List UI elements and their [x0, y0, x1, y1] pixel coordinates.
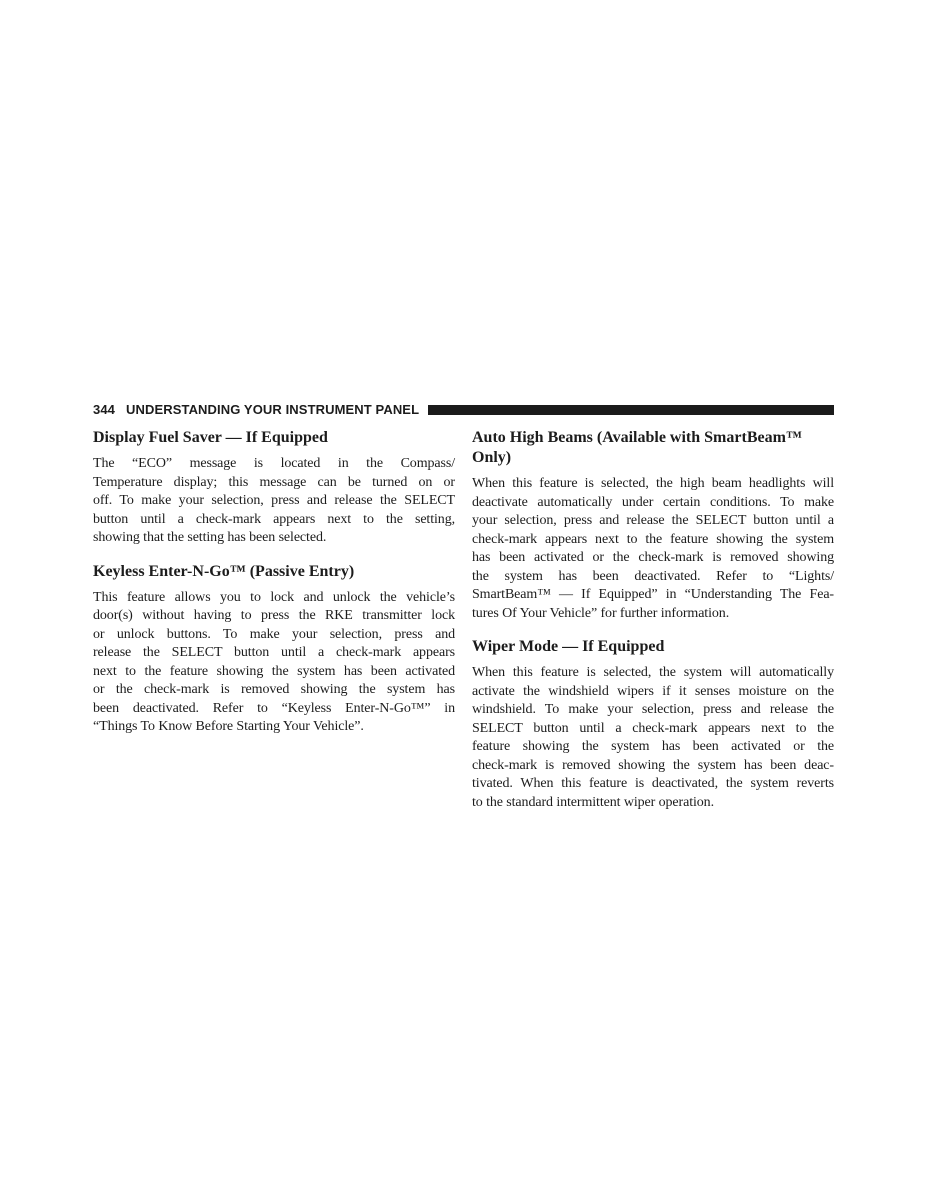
section-heading-display-fuel-saver: Display Fuel Saver — If Equipped — [93, 428, 455, 448]
text-line: tures Of Your Vehicle” for further infor… — [472, 605, 834, 624]
page-number: 344 — [93, 402, 115, 417]
text-line: activate the windshield wipers if it sen… — [472, 683, 834, 702]
text-line: The “ECO” message is located in the Comp… — [93, 455, 455, 474]
chapter-title: UNDERSTANDING YOUR INSTRUMENT PANEL — [126, 402, 419, 417]
text-line: windshield. To make your selection, pres… — [472, 701, 834, 720]
text-line: door(s) without having to press the RKE … — [93, 607, 455, 626]
page-header: 344 UNDERSTANDING YOUR INSTRUMENT PANEL — [93, 402, 834, 417]
text-line: check-mark appears next to the feature s… — [472, 531, 834, 550]
text-line: next to the feature showing the system h… — [93, 663, 455, 682]
text-line: When this feature is selected, the syste… — [472, 664, 834, 683]
text-line: deactivate automatically under certain c… — [472, 494, 834, 513]
text-line: tivated. When this feature is deactivate… — [472, 775, 834, 794]
text-line: or unlock buttons. To make your selectio… — [93, 626, 455, 645]
text-line: When this feature is selected, the high … — [472, 475, 834, 494]
left-column: Display Fuel Saver — If Equipped The “EC… — [93, 428, 455, 812]
text-line: to the standard intermittent wiper opera… — [472, 794, 834, 813]
text-line: “Things To Know Before Starting Your Veh… — [93, 718, 455, 737]
text-line: the system has been deactivated. Refer t… — [472, 568, 834, 587]
right-column: Auto High Beams (Available with SmartBea… — [472, 428, 834, 812]
paragraph-keyless-enter-n-go: This feature allows you to lock and unlo… — [93, 589, 455, 737]
text-line: showing that the setting has been select… — [93, 529, 455, 548]
text-line: feature showing the system has been acti… — [472, 738, 834, 757]
text-line: off. To make your selection, press and r… — [93, 492, 455, 511]
text-line: SELECT button until a check-mark appears… — [472, 720, 834, 739]
section-heading-auto-high-beams: Auto High Beams (Available with SmartBea… — [472, 428, 834, 468]
text-line: button until a check-mark appears next t… — [93, 511, 455, 530]
page-content: 344 UNDERSTANDING YOUR INSTRUMENT PANEL … — [93, 402, 834, 812]
text-line: or the check-mark is removed showing the… — [93, 681, 455, 700]
paragraph-auto-high-beams: When this feature is selected, the high … — [472, 475, 834, 623]
text-line: check-mark is removed showing the system… — [472, 757, 834, 776]
text-line: Temperature display; this message can be… — [93, 474, 455, 493]
text-line: release the SELECT button until a check-… — [93, 644, 455, 663]
paragraph-display-fuel-saver: The “ECO” message is located in the Comp… — [93, 455, 455, 548]
text-line: been deactivated. Refer to “Keyless Ente… — [93, 700, 455, 719]
text-line: your selection, press and release the SE… — [472, 512, 834, 531]
section-heading-wiper-mode: Wiper Mode — If Equipped — [472, 637, 834, 657]
section-heading-keyless-enter-n-go: Keyless Enter-N-Go™ (Passive Entry) — [93, 562, 455, 582]
manual-page: 344 UNDERSTANDING YOUR INSTRUMENT PANEL … — [0, 0, 927, 1200]
text-line: has been activated or the check-mark is … — [472, 549, 834, 568]
text-columns: Display Fuel Saver — If Equipped The “EC… — [93, 428, 834, 812]
header-bar — [428, 405, 834, 415]
text-line: SmartBeam™ — If Equipped” in “Understand… — [472, 586, 834, 605]
paragraph-wiper-mode: When this feature is selected, the syste… — [472, 664, 834, 812]
text-line: This feature allows you to lock and unlo… — [93, 589, 455, 608]
